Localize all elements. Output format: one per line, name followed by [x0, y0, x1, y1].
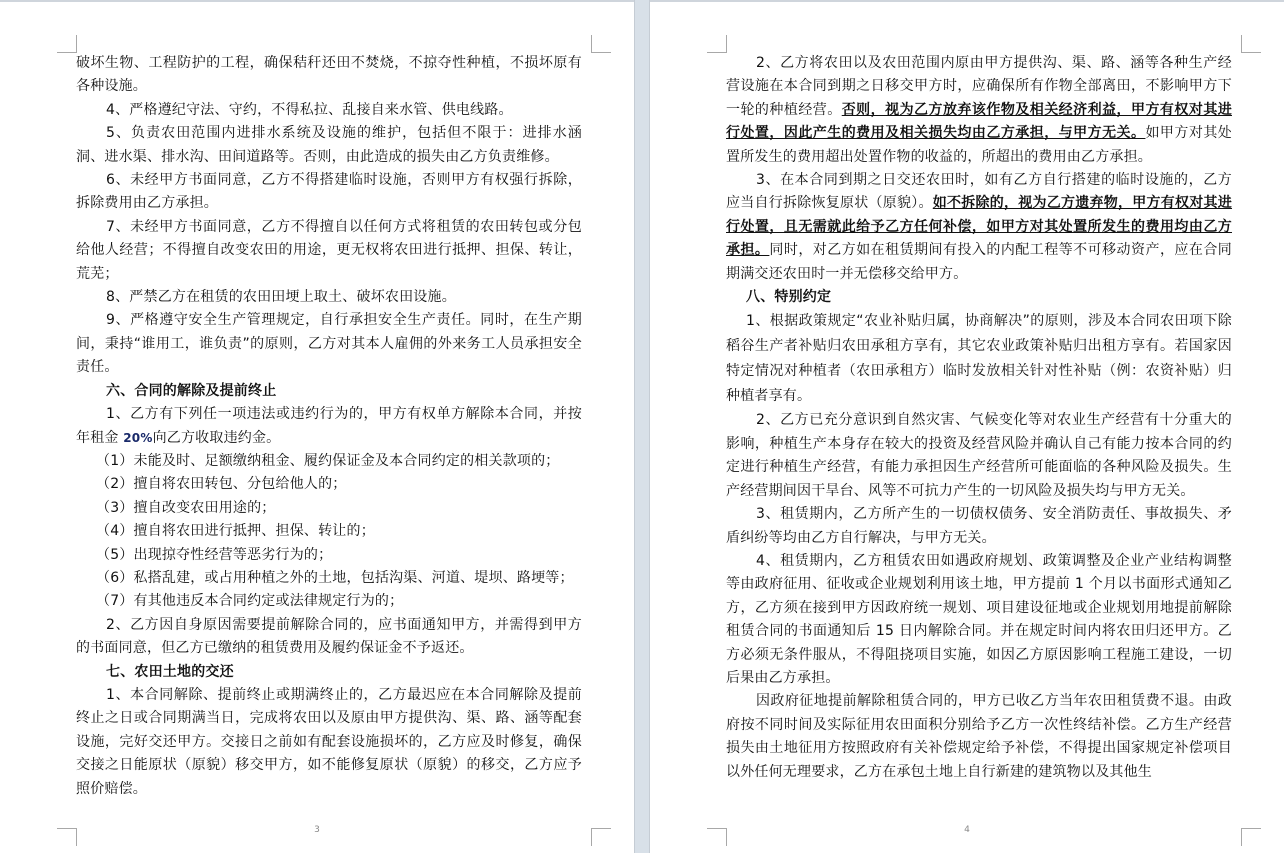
paragraph: 1、乙方有下列任一项违法或违约行为的，甲方有权单方解除本合同，并按年租金 20%… [76, 403, 582, 450]
section-heading: 六、合同的解除及提前终止 [76, 380, 582, 403]
page-number: 3 [0, 825, 634, 835]
paragraph: 4、租赁期内，乙方租赁农田如遇政府规划、政策调整及企业产业结构调整等由政府征用、… [726, 550, 1232, 690]
penalty-rate: 20% [123, 431, 152, 445]
margin-corner-mark [591, 35, 611, 53]
paragraph: 2、乙方将农田以及农田范围内原由甲方提供沟、渠、路、涵等各种生产经营设施在本合同… [726, 52, 1232, 169]
paragraph: 破坏生物、工程防护的工程，确保秸秆还田不焚烧，不掠夺性种植，不损坏原有各种设施。 [76, 52, 582, 99]
paragraph: 1、本合同解除、提前终止或期满终止的，乙方最迟应在本合同解除及提前终止之日或合同… [76, 684, 582, 801]
list-item: （5）出现掠夺性经营等恶劣行为的； [76, 544, 582, 567]
margin-corner-mark [57, 35, 77, 53]
paragraph: 6、未经甲方书面同意，乙方不得搭建临时设施，否则甲方有权强行拆除，拆除费用由乙方… [76, 169, 582, 216]
paragraph: 2、乙方因自身原因需要提前解除合同的，应书面通知甲方，并需得到甲方的书面同意，但… [76, 614, 582, 661]
paragraph: 5、负责农田范围内进排水系统及设施的维护，包括但不限于：进排水涵洞、进水渠、排水… [76, 122, 582, 169]
section-heading: 七、农田土地的交还 [76, 661, 582, 684]
list-item: （4）擅自将农田进行抵押、担保、转让的； [76, 520, 582, 543]
paragraph: 8、严禁乙方在租赁的农田田埂上取土、破坏农田设施。 [76, 286, 582, 309]
list-item: （1）未能及时、足额缴纳租金、履约保证金及本合同约定的相关款项的； [76, 450, 582, 473]
list-item: （2）擅自将农田转包、分包给他人的； [76, 473, 582, 496]
document-page-4[interactable]: 2、乙方将农田以及农田范围内原由甲方提供沟、渠、路、涵等各种生产经营设施在本合同… [650, 2, 1284, 853]
paragraph: 2、乙方已充分意识到自然灾害、气候变化等对农业生产经营有十分重大的影响，种植生产… [726, 409, 1232, 503]
paragraph: 3、租赁期内，乙方所产生的一切债权债务、安全消防责任、事故损失、矛盾纠纷等均由乙… [726, 503, 1232, 550]
margin-corner-mark [1241, 35, 1261, 53]
paragraph: 4、严格遵纪守法、守约，不得私拉、乱接自来水管、供电线路。 [76, 99, 582, 122]
paragraph-text: 同时，对乙方如在租赁期间有投入的内配工程等不可移动资产，应在合同期满交还农田时一… [726, 242, 1232, 281]
list-item: （6）私搭乱建，或占用种植之外的土地，包括沟渠、河道、堤坝、路埂等； [76, 567, 582, 590]
paragraph: 因政府征地提前解除租赁合同的，甲方已收乙方当年农田租赁费不退。由政府按不同时间及… [726, 690, 1232, 784]
list-item: （3）擅自改变农田用途的； [76, 497, 582, 520]
section-heading: 八、特别约定 [726, 286, 1232, 309]
paragraph: 9、严格遵守安全生产管理规定，自行承担安全生产责任。同时，在生产期间，秉持“谁用… [76, 309, 582, 379]
margin-corner-mark [707, 35, 727, 53]
page-body[interactable]: 破坏生物、工程防护的工程，确保秸秆还田不焚烧，不掠夺性种植，不损坏原有各种设施。… [76, 52, 582, 801]
page-body[interactable]: 2、乙方将农田以及农田范围内原由甲方提供沟、渠、路、涵等各种生产经营设施在本合同… [726, 52, 1232, 784]
paragraph: 1、根据政策规定“农业补贴归属，协商解决”的原则，涉及本合同农田项下除稻谷生产者… [726, 309, 1232, 409]
list-item: （7）有其他违反本合同约定或法律规定行为的； [76, 590, 582, 613]
document-page-3[interactable]: 破坏生物、工程防护的工程，确保秸秆还田不焚烧，不掠夺性种植，不损坏原有各种设施。… [0, 2, 634, 853]
paragraph-text: 向乙方收取违约金。 [153, 430, 281, 446]
page-gap [634, 0, 650, 853]
paragraph: 7、未经甲方书面同意，乙方不得擅自以任何方式将租赁的农田转包或分包给他人经营；不… [76, 216, 582, 286]
page-number: 4 [650, 825, 1284, 835]
paragraph: 3、在本合同到期之日交还农田时，如有乙方自行搭建的临时设施的，乙方应当自行拆除恢… [726, 169, 1232, 286]
